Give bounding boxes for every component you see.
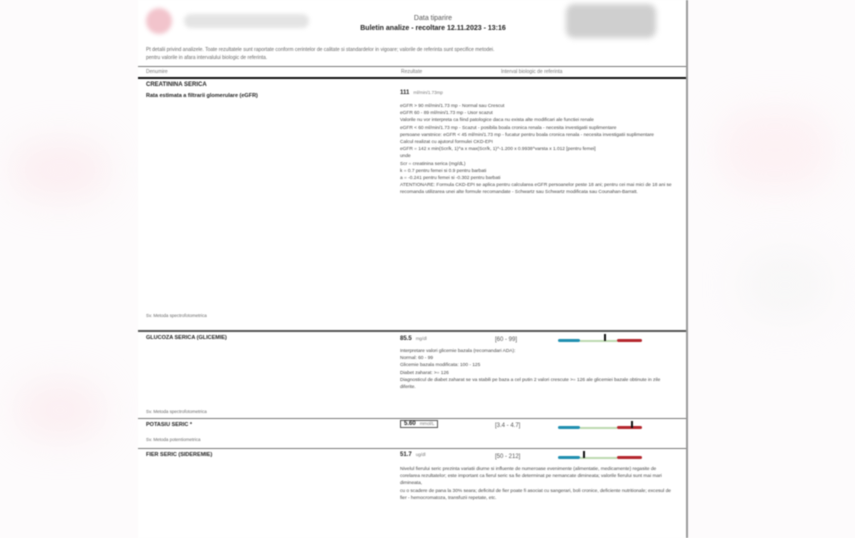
test-notes: Nivelul fierului seric prezinta variatii… xyxy=(400,466,675,502)
range-low xyxy=(558,339,580,342)
lab-name-redacted xyxy=(184,14,309,28)
value-number: 5.60 xyxy=(404,421,416,427)
section-creatinine: CREATININA SERICA Rata estimata a filtra… xyxy=(138,79,686,327)
test-value: 85.5mg/dl xyxy=(400,336,427,342)
print-date-label: Data tiparire xyxy=(333,14,533,24)
test-value-flagged: 5.60mmol/L xyxy=(400,420,438,428)
report-heading: Data tiparire Buletin analize - recoltar… xyxy=(333,14,533,34)
method-label: Sv. Metoda potentiometrica xyxy=(146,437,200,442)
value-number: 51.7 xyxy=(400,452,412,458)
note-line: eGFR 60 - 89 ml/min/1.73 mp - Usor scazu… xyxy=(400,110,675,117)
patient-info-redacted xyxy=(566,4,656,38)
note-line: persoane varstnice: eGFR < 45 ml/min/1.7… xyxy=(400,132,675,139)
value-unit: ug/dl xyxy=(416,452,426,457)
note-line: a = -0.241 pentru femei si -0.302 pentru… xyxy=(400,175,675,182)
note-line: Interpretare valori glicemie bazala (rec… xyxy=(400,348,675,355)
section-title: CREATININA SERICA xyxy=(138,79,686,88)
note-line: Diabet zaharat: >= 126 xyxy=(400,370,675,377)
background-blur xyxy=(720,110,830,190)
lab-report-page: Data tiparire Buletin analize - recoltar… xyxy=(138,0,688,538)
test-notes: eGFR > 90 ml/min/1.73 mp - Normal sau Cr… xyxy=(400,103,675,197)
report-header: Data tiparire Buletin analize - recoltar… xyxy=(138,0,686,44)
range-indicator xyxy=(558,456,642,459)
lab-logo-icon xyxy=(146,8,172,34)
range-low xyxy=(558,456,580,459)
divider xyxy=(138,418,686,419)
note-line: cu o scadere de pana la 30% seara; defic… xyxy=(400,488,675,502)
note-line: Scr = creatinina serica (mg/dL) xyxy=(400,161,675,168)
section-title: GLUCOZA SERICA (GLICEMIE) xyxy=(146,335,227,341)
value-unit: ml/min/1.73mp xyxy=(413,90,443,95)
note-line: k = 0.7 pentru femei si 0.9 pentru barba… xyxy=(400,168,675,175)
note-line: unde xyxy=(400,153,675,160)
reference-range: [50 - 212] xyxy=(495,454,520,460)
method-label: Sv. Metoda spectrofotometrica xyxy=(146,409,207,414)
value-number: 85.5 xyxy=(400,336,412,342)
test-name: Rata estimata a filtrarii glomerulare (e… xyxy=(146,93,258,99)
background-blur xyxy=(15,380,105,440)
range-normal xyxy=(580,457,617,459)
section-title: POTASIU SERIC * xyxy=(146,422,192,428)
section-potassium: POTASIU SERIC * 5.60mmol/L [3.4 - 4.7] S… xyxy=(138,420,686,448)
test-value: 51.7ug/dl xyxy=(400,452,425,458)
note-line: Glicemie bazala modificata: 100 - 125 xyxy=(400,362,675,369)
column-headers: Denumire Rezultate Interval biologic de … xyxy=(138,67,686,77)
background-blur xyxy=(740,250,830,320)
range-high xyxy=(617,339,642,342)
range-indicator xyxy=(558,339,642,342)
column-analysis: Denumire xyxy=(146,69,401,75)
note-line: Diagnosticul de diabet zaharat se va sta… xyxy=(400,377,675,391)
value-number: 111 xyxy=(400,90,409,96)
divider xyxy=(138,448,686,449)
note-line: Normal: 60 - 99 xyxy=(400,355,675,362)
test-value: 111ml/min/1.73mp xyxy=(400,90,443,96)
note-line: Calcul realizat cu ajutorul formulei CKD… xyxy=(400,139,675,146)
reference-range: [3.4 - 4.7] xyxy=(495,423,520,429)
range-marker xyxy=(604,334,606,341)
section-iron: FIER SERIC (SIDEREMIE) 51.7ug/dl [50 - 2… xyxy=(138,450,686,538)
report-note: Pt detalii privind analizele. Toate rezu… xyxy=(146,46,678,62)
range-high xyxy=(617,426,642,429)
report-title: Buletin analize - recoltare 12.11.2023 -… xyxy=(333,24,533,34)
range-indicator xyxy=(558,426,642,429)
range-normal xyxy=(580,427,617,429)
reference-range: [60 - 99] xyxy=(495,337,517,343)
note-line: ATENTIONARE: Formula CKD-EPI se aplica p… xyxy=(400,182,675,196)
background-blur xyxy=(10,140,110,200)
divider xyxy=(138,330,686,332)
note-line: eGFR < 60 ml/min/1.73 mp - Scazut - posi… xyxy=(400,125,675,132)
test-notes: Interpretare valori glicemie bazala (rec… xyxy=(400,348,675,391)
range-low xyxy=(558,426,580,429)
column-result: Rezultate xyxy=(401,69,501,75)
section-glucose: GLUCOZA SERICA (GLICEMIE) 85.5mg/dl [60 … xyxy=(138,333,686,418)
note-line: eGFR > 90 ml/min/1.73 mp - Normal sau Cr… xyxy=(400,103,675,110)
value-unit: mmol/L xyxy=(420,421,435,426)
range-high xyxy=(617,456,642,459)
range-marker xyxy=(631,421,633,428)
method-label: Sv. Metoda spectrofotometrica xyxy=(146,313,207,318)
note-line: Nivelul fierului seric prezinta variatii… xyxy=(400,466,675,488)
range-normal xyxy=(580,340,617,342)
note-line-1: Pt detalii privind analizele. Toate rezu… xyxy=(146,46,678,54)
note-line: eGFR = 142 x min(Scr/k, 1)^a x max(Scr/k… xyxy=(400,146,675,153)
note-line: Valorile nu vor interpreta ca fiind pato… xyxy=(400,117,675,124)
note-line-2: pentru valorile in afara intervalului bi… xyxy=(146,54,678,62)
range-marker xyxy=(583,451,585,458)
column-reference: Interval biologic de referinta xyxy=(501,69,562,75)
value-unit: mg/dl xyxy=(416,336,427,341)
section-title: FIER SERIC (SIDEREMIE) xyxy=(146,452,212,458)
